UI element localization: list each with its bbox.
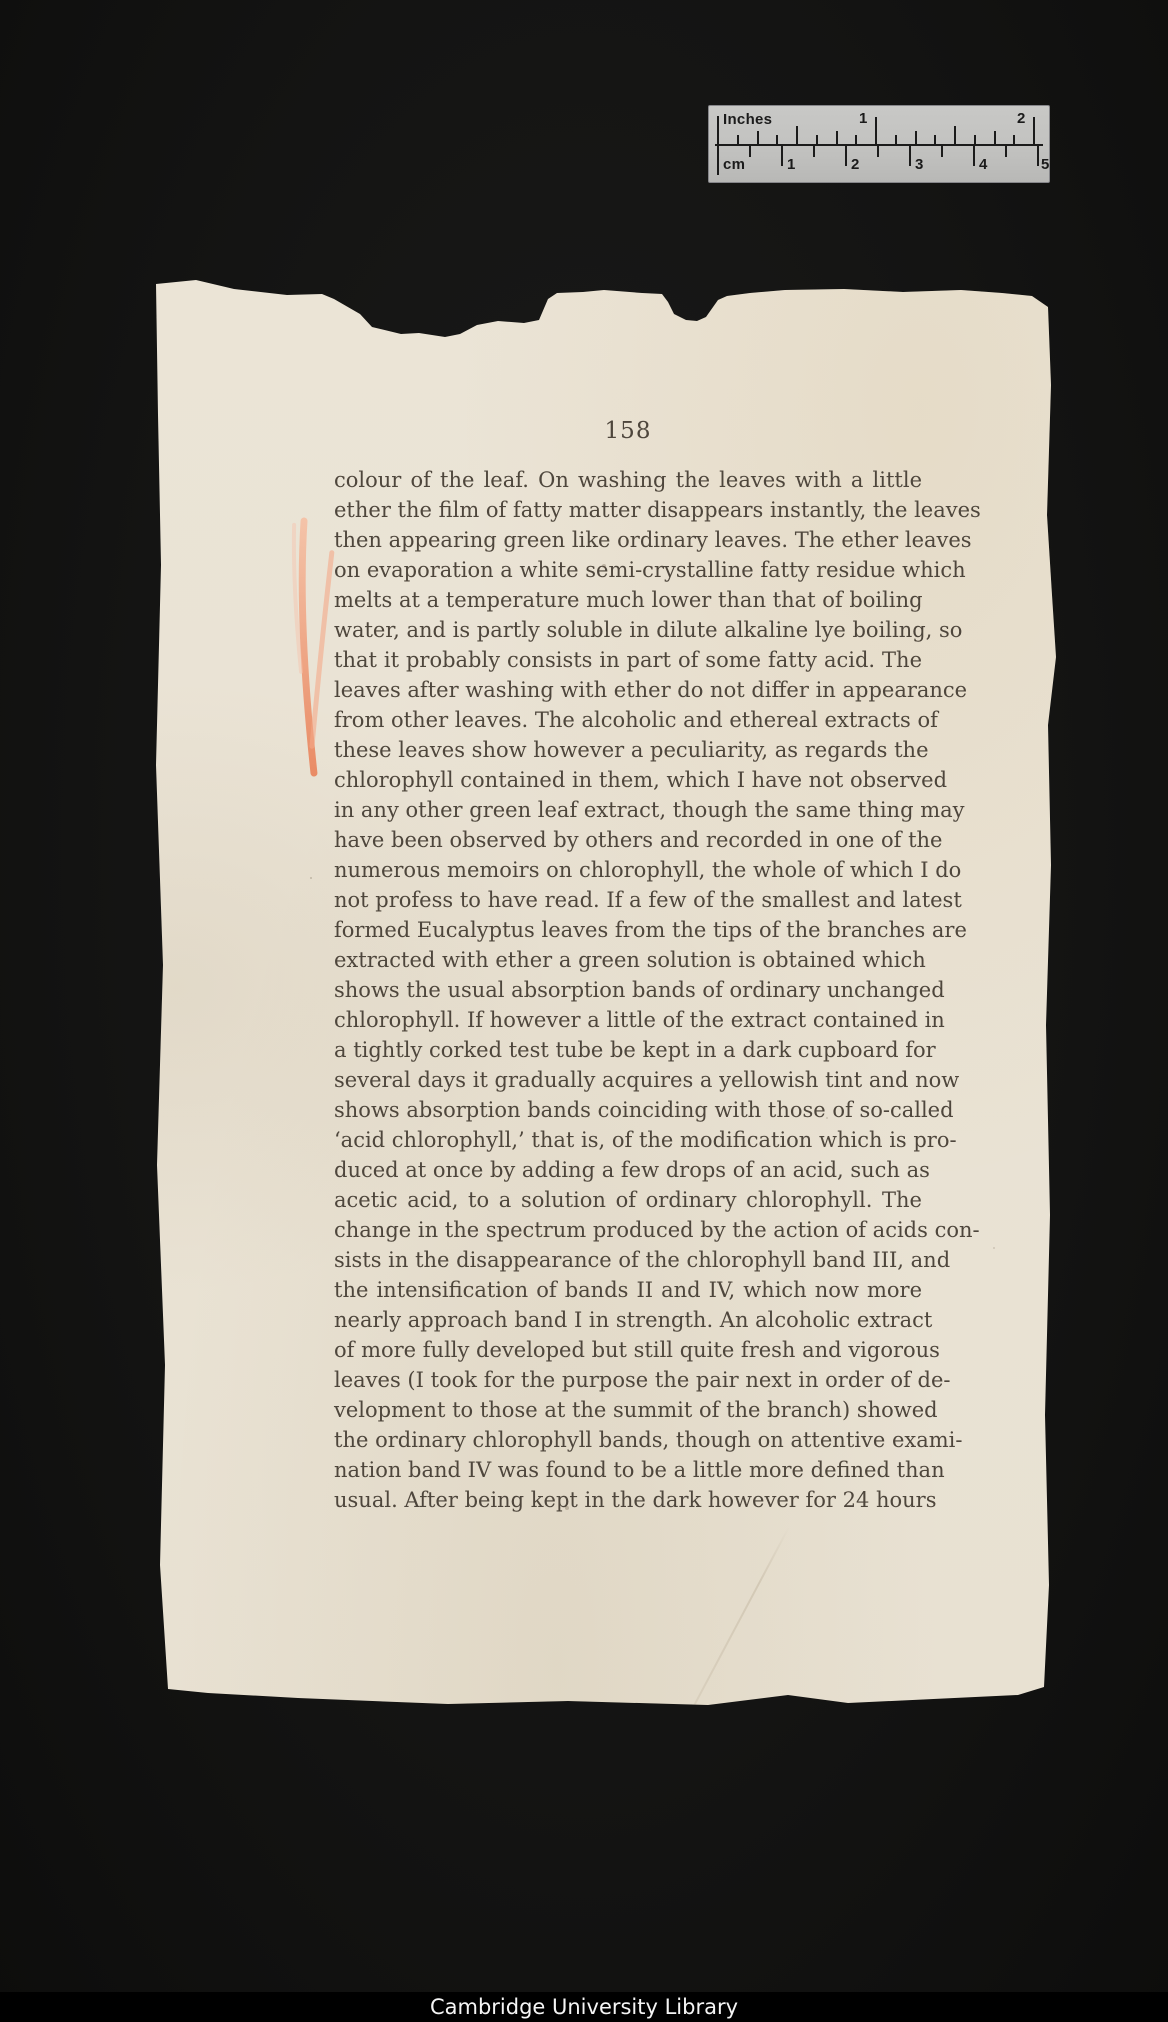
text-line: these leaves show however a peculiarity,… — [334, 735, 922, 765]
text-line: colour of the leaf. On washing the leave… — [334, 465, 922, 495]
ruler-inch-tick — [974, 135, 976, 144]
ruler-inch-tick — [776, 135, 778, 144]
ruler-cm-number: 5 — [1041, 156, 1049, 173]
ruler-inch-number: 1 — [859, 110, 867, 127]
ruler-inch-tick — [934, 135, 936, 144]
text-line: nearly approach band I in strength. An a… — [334, 1305, 922, 1335]
ruler-inch-tick — [855, 135, 857, 144]
ruler-inch-tick — [875, 117, 877, 144]
ruler-cm-label: cm — [723, 156, 745, 173]
ruler-cm-number: 4 — [979, 156, 987, 173]
text-block: colour of the leaf. On washing the leave… — [334, 465, 922, 1515]
text-line: numerous memoirs on chlorophyll, the who… — [334, 855, 922, 885]
ruler-inch-tick — [1033, 117, 1035, 144]
text-line: shows absorption bands coinciding with t… — [334, 1095, 922, 1125]
ruler-cm-tick — [845, 144, 847, 166]
text-line: not profess to have read. If a few of th… — [334, 885, 922, 915]
text-line: usual. After being kept in the dark howe… — [334, 1485, 922, 1515]
ruler-inch-tick — [737, 135, 739, 144]
ruler-cm-number: 1 — [787, 156, 795, 173]
ruler-inch-tick — [1013, 135, 1015, 144]
text-line: ether the film of fatty matter disappear… — [334, 495, 922, 525]
text-line: several days it gradually acquires a yel… — [334, 1065, 922, 1095]
ruler-inch-tick — [717, 116, 719, 144]
footer-label: Cambridge University Library — [430, 1992, 738, 2022]
photographed-document-scene: { "ruler": { "inches_label": "Inches", "… — [0, 0, 1168, 2022]
text-line: from other leaves. The alcoholic and eth… — [334, 705, 922, 735]
ruler-cm-tick — [973, 144, 975, 166]
text-line: in any other green leaf extract, though … — [334, 795, 922, 825]
text-line: that it probably consists in part of som… — [334, 645, 922, 675]
text-line: shows the usual absorption bands of ordi… — [334, 975, 922, 1005]
text-line: leaves after washing with ether do not d… — [334, 675, 922, 705]
text-line: extracted with ether a green solution is… — [334, 945, 922, 975]
ruler-inch-tick — [757, 131, 759, 144]
ruler-cm-tick — [749, 144, 751, 157]
text-line: leaves (I took for the purpose the pair … — [334, 1365, 922, 1395]
text-line: have been observed by others and recorde… — [334, 825, 922, 855]
text-line: a tightly corked test tube be kept in a … — [334, 1035, 922, 1065]
text-line: velopment to those at the summit of the … — [334, 1395, 922, 1425]
text-line: change in the spectrum produced by the a… — [334, 1215, 922, 1245]
pencil-checkmark — [278, 513, 338, 781]
ruler-inch-tick — [816, 135, 818, 144]
text-line: on evaporation a white semi-crystalline … — [334, 555, 922, 585]
footer-bar: Cambridge University Library — [0, 1992, 1168, 2022]
ruler-cm-tick — [813, 144, 815, 157]
ruler-cm-number: 3 — [915, 156, 923, 173]
ruler-cm-tick — [781, 144, 783, 166]
ruler-inch-tick — [836, 131, 838, 144]
ruler-inch-tick — [915, 131, 917, 144]
ruler-cm-tick — [877, 144, 879, 157]
text-line: of more fully developed but still quite … — [334, 1335, 922, 1365]
text-line: duced at once by adding a few drops of a… — [334, 1155, 922, 1185]
ruler-inches-label: Inches — [723, 111, 772, 128]
text-line: nation band IV was found to be a little … — [334, 1455, 922, 1485]
ruler-cm-tick — [1037, 144, 1039, 166]
text-line: then appearing green like ordinary leave… — [334, 525, 922, 555]
page: 158 colour of the leaf. On washing the l… — [148, 265, 1056, 1710]
ruler-cm-tick — [909, 144, 911, 166]
text-line: sists in the disappearance of the chloro… — [334, 1245, 922, 1275]
ruler-inch-number: 2 — [1017, 110, 1025, 127]
text-line: the intensification of bands II and IV, … — [334, 1275, 922, 1305]
ruler-inch-tick — [954, 126, 956, 144]
ruler-inch-tick — [796, 126, 798, 144]
paper-specks — [148, 265, 150, 267]
ruler-cm-tick — [717, 144, 719, 175]
ruler-cm-tick — [1005, 144, 1007, 157]
ruler: Inches cm 1212345 — [708, 105, 1050, 183]
text-line: water, and is partly soluble in dilute a… — [334, 615, 922, 645]
ruler-baseline — [715, 144, 1043, 146]
text-line: chlorophyll. If however a little of the … — [334, 1005, 922, 1035]
text-line: melts at a temperature much lower than t… — [334, 585, 922, 615]
ruler-cm-tick — [941, 144, 943, 157]
ruler-inch-tick — [895, 135, 897, 144]
text-line: chlorophyll contained in them, which I h… — [334, 765, 922, 795]
ruler-cm-number: 2 — [851, 156, 859, 173]
text-line: acetic acid, to a solution of ordinary c… — [334, 1185, 922, 1215]
page-number: 158 — [334, 418, 922, 444]
ruler-inch-tick — [994, 131, 996, 144]
text-line: formed Eucalyptus leaves from the tips o… — [334, 915, 922, 945]
text-line: ‘acid chlorophyll,’ that is, of the modi… — [334, 1125, 922, 1155]
paper-crease — [690, 1527, 790, 1713]
text-line: the ordinary chlorophyll bands, though o… — [334, 1425, 922, 1455]
